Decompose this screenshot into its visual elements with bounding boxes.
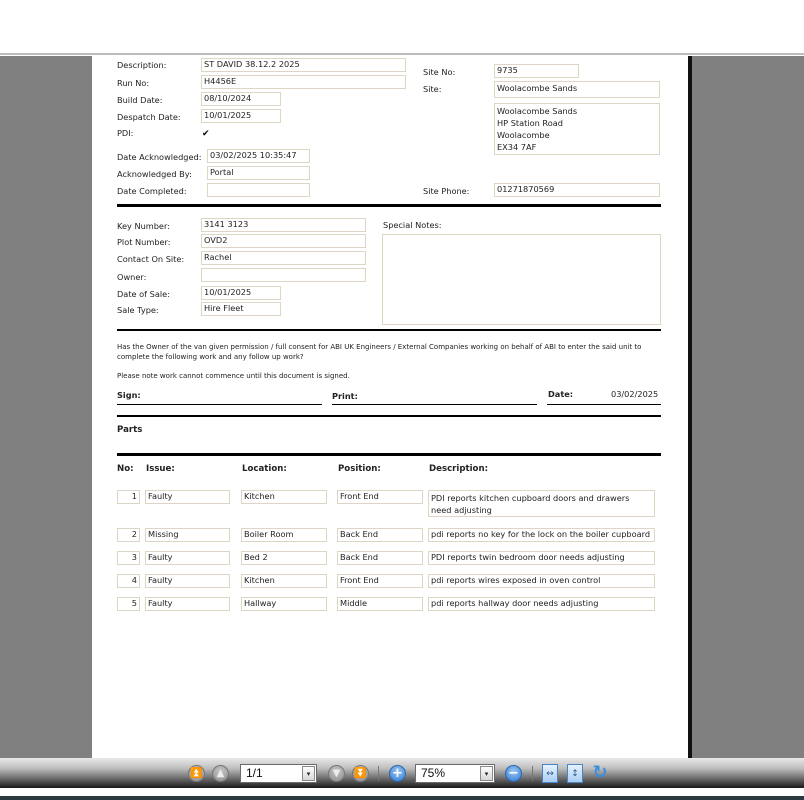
rotate-icon: ↻ [592,762,607,783]
chevron-down-icon[interactable]: ▾ [302,766,315,781]
column-header-no: No: [117,464,134,474]
toolbar-separator [532,766,533,781]
browser-top-area [0,0,804,54]
column-header-description: Description: [429,464,488,474]
part-location-field: Kitchen [241,490,327,504]
plot-number-label: Plot Number: [117,237,171,247]
consent-date-value: 03/02/2025 [611,389,658,399]
sign-line [117,404,322,405]
fit-page-button[interactable]: ↕ [567,764,583,783]
first-page-button[interactable]: ⏫ [188,765,205,782]
column-header-issue: Issue: [146,464,175,474]
build-date-label: Build Date: [117,95,162,105]
part-location-field: Hallway [241,597,327,611]
consent-notice: Please note work cannot commence until t… [117,372,350,380]
part-no-field: 4 [117,574,140,588]
part-no-field: 5 [117,597,140,611]
owner-label: Owner: [117,272,146,282]
part-description-field: pdi reports wires exposed in oven contro… [428,574,655,588]
section-divider [117,453,661,456]
consent-question: Has the Owner of the van given permissio… [117,343,647,362]
last-page-icon: ⏬ [354,769,366,779]
site-field: Woolacombe Sands [494,81,660,98]
page-edge-shadow [688,56,692,758]
section-divider [117,415,661,417]
site-no-label: Site No: [423,67,455,77]
acknowledged-by-label: Acknowledged By: [117,169,192,179]
first-page-icon: ⏫ [190,769,202,779]
date-line [547,404,661,405]
fit-page-icon: ↕ [571,769,579,779]
site-label: Site: [423,84,441,94]
part-description-field: pdi reports no key for the lock on the b… [428,528,655,542]
plot-number-field: OVD2 [201,234,366,248]
address-line: Woolacombe Sands [497,105,657,117]
owner-field [201,268,366,282]
arrow-up-icon: ▲ [217,769,225,779]
special-notes-field [382,234,661,325]
site-no-field: 9735 [494,64,579,78]
next-page-button[interactable]: ▼ [328,765,345,782]
parts-title: Parts [117,425,142,435]
section-divider [117,204,661,207]
part-no-field: 1 [117,490,140,504]
pdi-checkbox: ✔ [202,129,210,139]
despatch-date-label: Despatch Date: [117,112,181,122]
print-label: Print: [332,391,358,401]
page-number-select[interactable]: 1/1 ▾ [240,764,317,783]
previous-page-button[interactable]: ▲ [212,765,229,782]
fit-width-button[interactable]: ↔ [542,764,558,783]
part-issue-field: Faulty [145,597,230,611]
build-date-field: 08/10/2024 [201,92,281,106]
arrow-down-icon: ▼ [333,769,341,779]
page-indicator: 1/1 [246,766,263,780]
part-issue-field: Faulty [145,574,230,588]
zoom-in-button[interactable]: + [389,765,406,782]
date-completed-field [207,183,310,197]
consent-date-label: Date: [548,389,573,399]
part-location-field: Bed 2 [241,551,327,565]
toolbar-separator [378,766,379,781]
key-number-field: 3141 3123 [201,218,366,232]
pdi-label: PDI: [117,128,133,138]
description-field: ST DAVID 38.12.2 2025 [201,58,406,72]
date-acknowledged-field: 03/02/2025 10:35:47 [207,149,310,163]
part-no-field: 2 [117,528,140,542]
section-divider [117,329,661,331]
date-of-sale-label: Date of Sale: [117,289,170,299]
part-issue-field: Missing [145,528,230,542]
part-position-field: Front End [337,490,423,504]
site-phone-field: 01271870569 [494,183,660,197]
part-location-field: Boiler Room [241,528,327,542]
address-line: HP Station Road [497,117,657,129]
last-page-button[interactable]: ⏬ [352,765,369,782]
pdf-viewer[interactable]: Description: ST DAVID 38.12.2 2025 Run N… [0,56,804,758]
part-description-field: PDI reports kitchen cupboard doors and d… [428,490,655,517]
part-location-field: Kitchen [241,574,327,588]
site-phone-label: Site Phone: [423,186,469,196]
part-description-field: PDI reports twin bedroom door needs adju… [428,551,655,565]
date-of-sale-field: 10/01/2025 [201,286,281,300]
sign-label: Sign: [117,390,141,400]
part-issue-field: Faulty [145,551,230,565]
run-no-label: Run No: [117,78,149,88]
special-notes-label: Special Notes: [383,220,442,230]
contact-on-site-label: Contact On Site: [117,254,184,264]
run-no-field: H4456E [201,75,406,89]
zoom-select[interactable]: 75% ▾ [415,764,495,783]
sale-type-label: Sale Type: [117,305,159,315]
pdf-page: Description: ST DAVID 38.12.2 2025 Run N… [92,56,688,758]
column-header-location: Location: [242,464,287,474]
chevron-down-icon[interactable]: ▾ [480,766,493,781]
rotate-button[interactable]: ↻ [590,763,610,783]
part-no-field: 3 [117,551,140,565]
part-position-field: Front End [337,574,423,588]
date-acknowledged-label: Date Acknowledged: [117,152,201,162]
address-line: Woolacombe [497,129,657,141]
site-address-field: Woolacombe Sands HP Station Road Woolaco… [494,103,660,155]
sale-type-field: Hire Fleet [201,302,281,316]
fit-width-icon: ↔ [546,769,554,779]
part-issue-field: Faulty [145,490,230,504]
acknowledged-by-field: Portal [207,166,310,180]
part-description-field: pdi reports hallway door needs adjusting [428,597,655,611]
top-divider [0,53,804,55]
contact-on-site-field: Rachel [201,251,366,265]
part-position-field: Middle [337,597,423,611]
zoom-out-button[interactable]: − [505,765,522,782]
column-header-position: Position: [338,464,381,474]
key-number-label: Key Number: [117,221,170,231]
address-line: EX34 7AF [497,141,657,153]
zoom-level: 75% [421,766,445,780]
minus-icon: − [508,767,519,780]
part-position-field: Back End [337,551,423,565]
plus-icon: + [392,767,403,780]
part-position-field: Back End [337,528,423,542]
date-completed-label: Date Completed: [117,186,187,196]
despatch-date-field: 10/01/2025 [201,109,281,123]
taskbar-edge [0,796,804,800]
print-line [332,404,537,405]
description-label: Description: [117,60,166,70]
pdf-toolbar: ⏫ ▲ 1/1 ▾ ▼ ⏬ + 75% ▾ − ↔ ↕ ↻ [0,758,804,788]
